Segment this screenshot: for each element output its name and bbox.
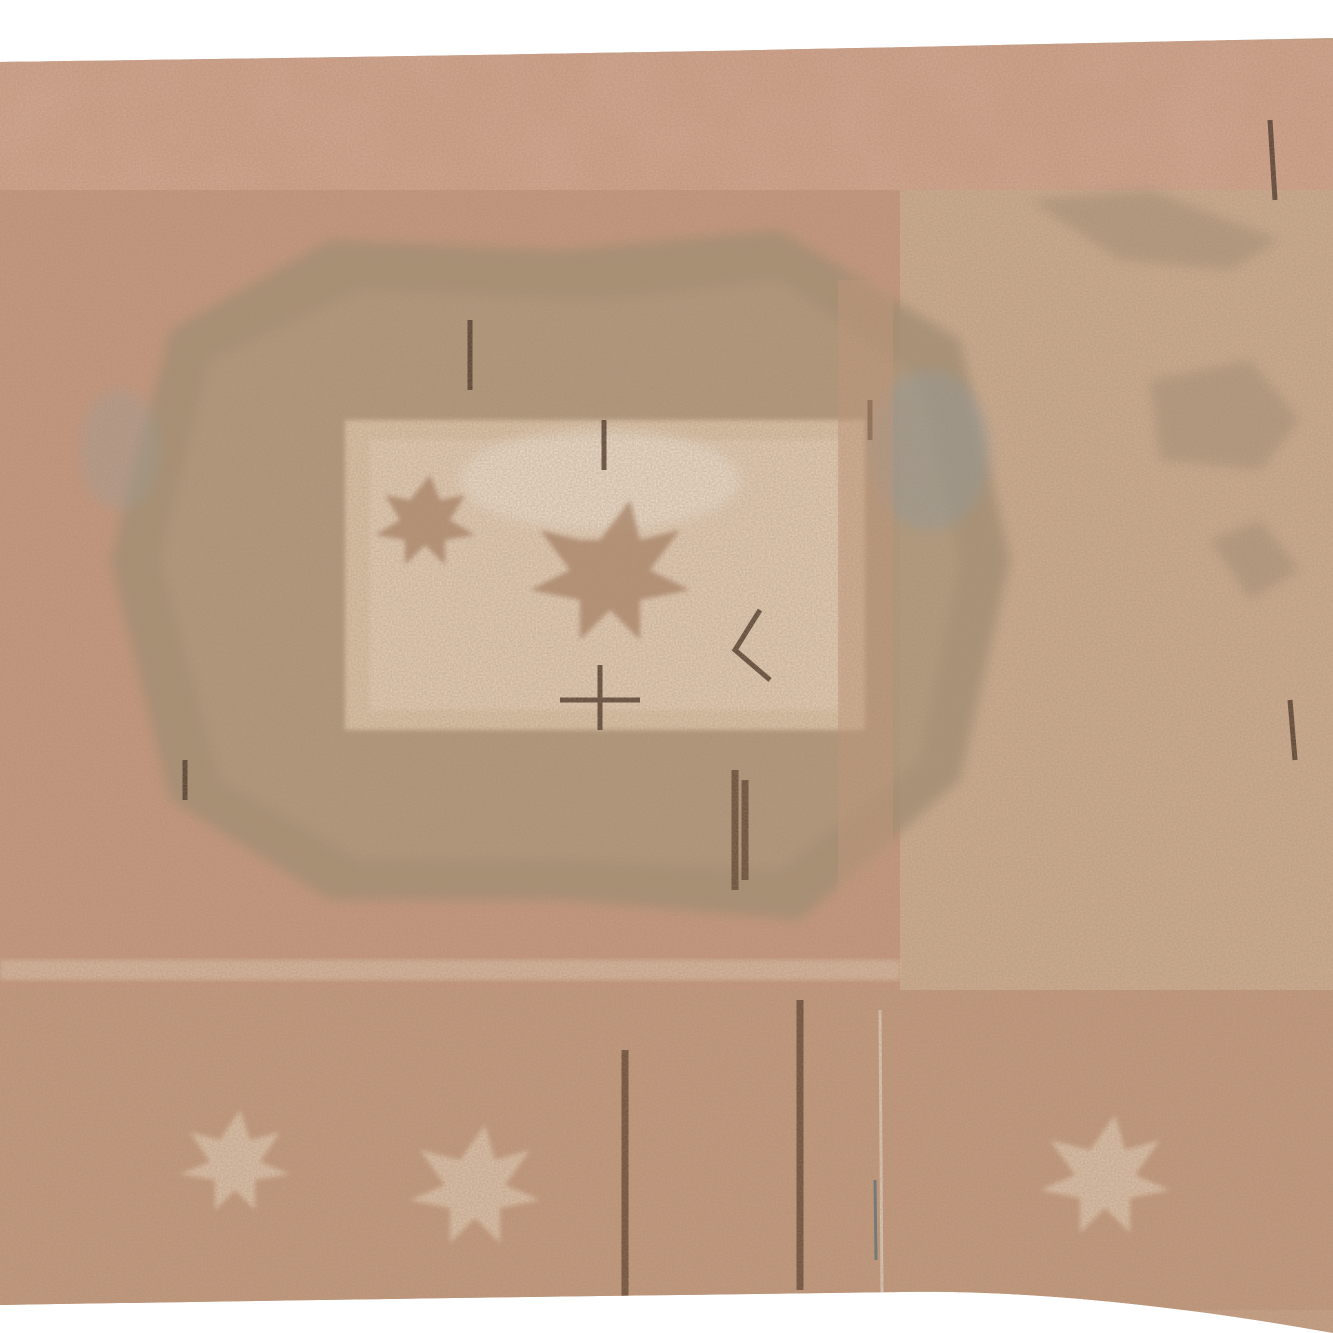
rug-photo: [0, 0, 1333, 1333]
